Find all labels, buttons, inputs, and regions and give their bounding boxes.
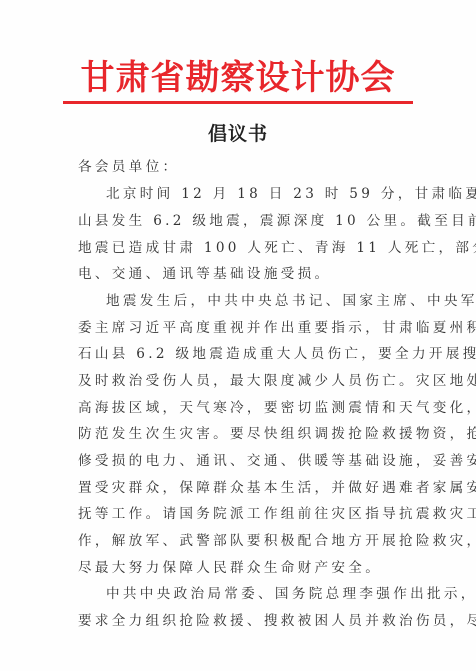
organization-letterhead: 甘肃省勘察设计协会 (63, 60, 413, 96)
paragraph-2-line-9: 抚等工作。请国务院派工作组前往灾区指导抗震救灾工 (78, 505, 408, 523)
paragraph-2-line-10: 作，解放军、武警部队要积极配合地方开展抢险救灾， (78, 532, 408, 550)
paragraph-1-line-1: 北京时间 12 月 18 日 23 时 59 分，甘肃临夏州积石 (106, 185, 436, 203)
paragraph-3-line-2: 要求全力组织抢险救援、搜救被困人员并救治伤员，尽 (78, 612, 408, 630)
letterhead-red-rule (63, 101, 413, 104)
paragraph-2-line-4: 及时救治受伤人员，最大限度减少人员伤亡。灾区地处 (78, 372, 408, 390)
document-page: 甘肃省勘察设计协会 倡议书 各会员单位： 北京时间 12 月 18 日 23 时… (0, 0, 476, 671)
document-title: 倡议书 (0, 122, 476, 146)
paragraph-2-line-7: 修受损的电力、通讯、交通、供暖等基础设施，妥善安 (78, 452, 408, 470)
paragraph-2-line-5: 高海拔区域，天气寒冷，要密切监测震情和天气变化， (78, 399, 408, 417)
salutation: 各会员单位： (78, 158, 408, 176)
paragraph-1-line-3: 地震已造成甘肃 100 人死亡、青海 11 人死亡，部分水、 (78, 239, 408, 257)
paragraph-2-line-8: 置受灾群众，保障群众基本生活，并做好遇难者家属安 (78, 479, 408, 497)
paragraph-2-line-2: 委主席习近平高度重视并作出重要指示，甘肃临夏州积 (78, 319, 408, 337)
paragraph-1-line-4: 电、交通、通讯等基础设施受损。 (78, 265, 408, 283)
paragraph-2-line-1: 地震发生后，中共中央总书记、国家主席、中央军 (106, 292, 436, 310)
paragraph-2-line-6: 防范发生次生灾害。要尽快组织调拨抢险救援物资，抢 (78, 425, 408, 443)
paragraph-2-line-11: 尽最大努力保障人民群众生命财产安全。 (78, 559, 408, 577)
paragraph-2-line-3: 石山县 6.2 级地震造成重大人员伤亡，要全力开展搜救， (78, 345, 408, 363)
paragraph-3-line-1: 中共中央政治局常委、国务院总理李强作出批示， (106, 585, 436, 603)
paragraph-1-line-2: 山县发生 6.2 级地震，震源深度 10 公里。截至目前， (78, 212, 408, 230)
